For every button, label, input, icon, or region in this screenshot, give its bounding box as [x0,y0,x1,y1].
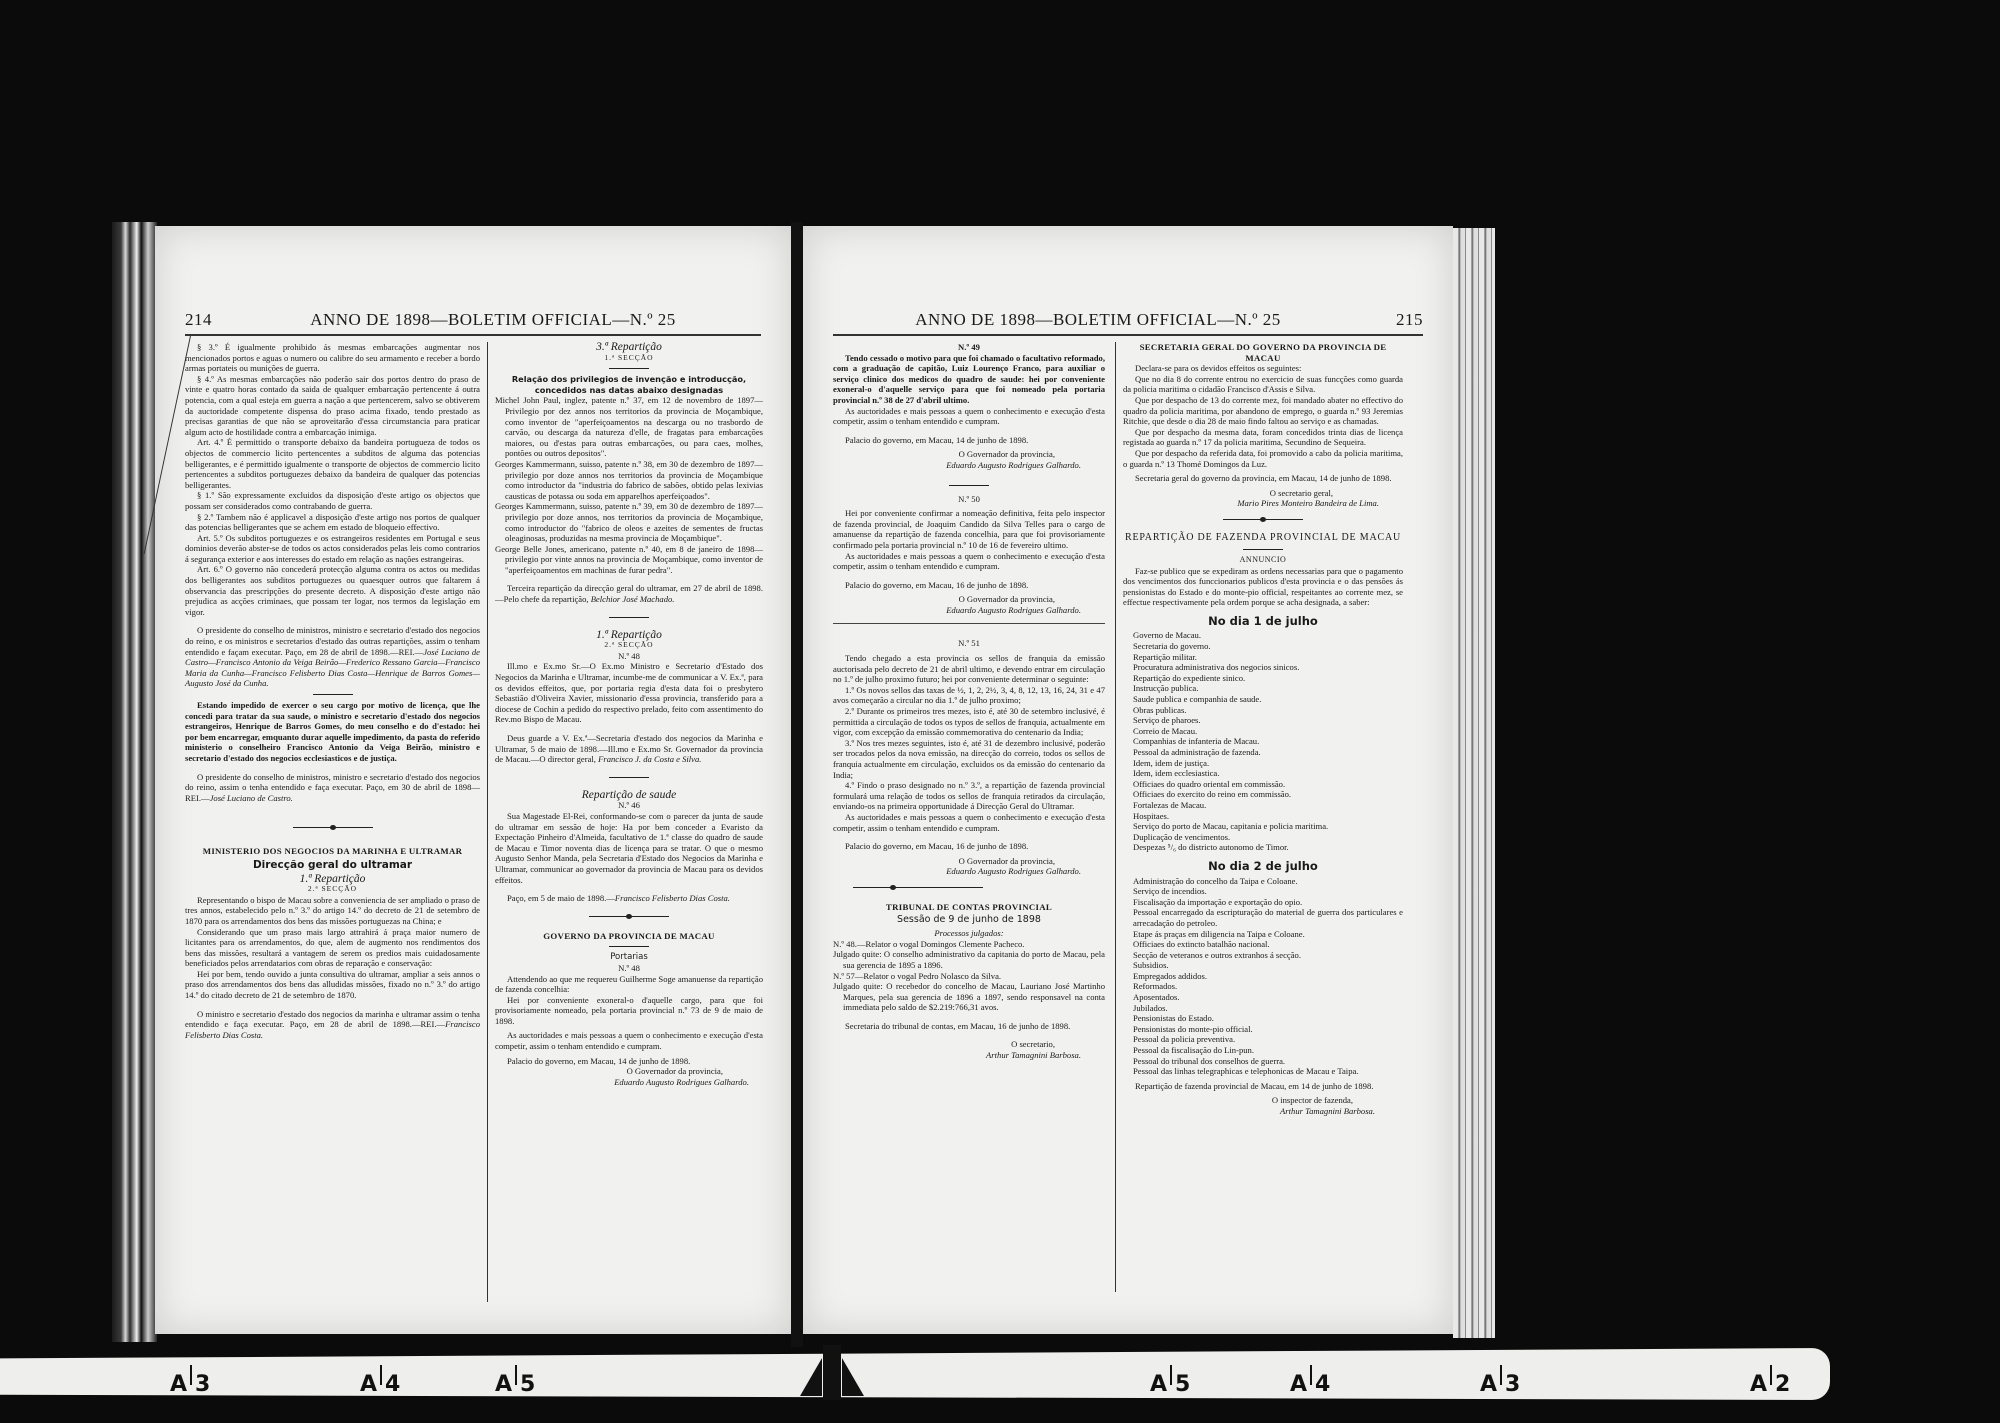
divider [609,946,649,947]
film-notch-left [800,1358,822,1396]
divider [949,485,989,486]
ministry-heading: MINISTERIO DOS NEGOCIOS DA MARINHA E ULT… [185,846,480,857]
privilege-entry: Georges Kammermann, suisso, patente n.º … [495,459,763,501]
privileges-heading: Relação dos privilegios de invenção e in… [495,374,763,395]
left-page: 214 ANNO DE 1898—BOLETIM OFFICIAL—N.º 25… [155,226,791,1334]
signature-role: O inspector de fazenda, [1123,1095,1403,1106]
running-head-left: 214 ANNO DE 1898—BOLETIM OFFICIAL—N.º 25 [185,310,761,332]
list-item: Que por despacho da referida data, foi p… [1123,448,1403,469]
place-date: Secretaria geral do governo da provincia… [1123,473,1403,484]
signature: Arthur Tamagnini Barbosa. [833,1050,1105,1061]
film-frame-marker: A3 [1480,1365,1520,1397]
film-frame-marker: A5 [1150,1365,1190,1397]
list-item: Idem, idem de justiça. [1133,758,1403,769]
fazenda-heading: REPARTIÇÃO DE FAZENDA PROVINCIAL DE MACA… [1123,532,1403,544]
signature: Eduardo Augusto Rodrigues Galhardo. [495,1077,763,1088]
paragraph: Tendo chegado a esta provincia os sellos… [833,653,1105,685]
page-number: 214 [185,310,212,330]
list-item: 1.º Os novos sellos das taxas de ½, 1, 2… [833,685,1105,706]
list-item: Pessoal das linhas telegraphicas e telep… [1133,1066,1403,1077]
list-item: Officiaes do extincto batalhão nacional. [1133,939,1403,950]
number-heading: N.º 51 [833,638,1105,649]
book-binding-left [112,222,157,1342]
paragraph: Hei por conveniente exoneral-o d'aquelle… [495,995,763,1027]
paragraph: Hei por bem, tendo ouvido a junta consul… [185,969,480,1001]
signature: Eduardo Augusto Rodrigues Galhardo. [833,605,1105,616]
running-title: ANNO DE 1898—BOLETIM OFFICIAL—N.º 25 [225,310,761,330]
list-item: Pessoal da fiscalisação do Lin-pun. [1133,1045,1403,1056]
repartition-heading: 1.ª Repartição [185,874,480,885]
column-rule [487,342,488,1302]
signature: Mario Pires Monteiro Bandeira de Lima. [1123,498,1403,509]
number-heading: N.º 49 [833,342,1105,353]
list-item: 2.º Durante os primeiros tres mezes, ist… [833,706,1105,738]
list-item: Correio de Macau. [1133,726,1403,737]
divider [609,368,649,369]
place-date: Palacio do governo, em Macau, 16 de junh… [833,841,1105,852]
list-item: Pessoal do tribunal dos conselhos de gue… [1133,1056,1403,1067]
right-page: ANNO DE 1898—BOLETIM OFFICIAL—N.º 25 215… [803,226,1453,1334]
list-item: Instrucção publica. [1133,683,1403,694]
list-item: Empregados addidos. [1133,971,1403,982]
portarias-heading: Portarias [495,952,763,963]
ornament-divider [853,887,983,888]
list-item: Pessoal da policia preventiva. [1133,1034,1403,1045]
list-item: Serviço do porto de Macau, capitania e p… [1133,821,1403,832]
number-heading: N.º 46 [495,800,763,811]
page-edges-right [1453,228,1495,1338]
paragraph: § 1.º São expressamente excluidos da dis… [185,490,480,511]
header-rule [833,334,1423,336]
signature-role: O secretario, [833,1039,1105,1050]
secretaria-heading: SECRETARIA GERAL DO GOVERNO DA PROVINCIA… [1123,342,1403,363]
ornament-divider [589,916,669,917]
day-heading: No dia 2 de julho [1123,861,1403,872]
government-heading: GOVERNO DA PROVINCIA DE MACAU [495,931,763,942]
direction-heading: Direcção geral do ultramar [185,860,480,871]
paragraph: § 3.º É igualmente prohibido ás mesmas e… [185,342,480,374]
signature-role: O secretario geral, [1123,488,1403,499]
microfilm-strip [0,1348,1830,1400]
right-page-column-2: SECRETARIA GERAL DO GOVERNO DA PROVINCIA… [1123,342,1403,1117]
privilege-entry: Georges Kammermann, suisso, patente n.º … [495,501,763,543]
list-item: Fortalezas de Macau. [1133,800,1403,811]
list-item: Hospitaes. [1133,811,1403,822]
list-item: Que por despacho de 13 do corrente mez, … [1123,395,1403,427]
list-item: Subsidios. [1133,960,1403,971]
list-item: Fiscalisação da importação e exportação … [1133,897,1403,908]
book-gutter [791,222,803,1347]
column-rule [1115,342,1116,1292]
repartition-heading: 3.ª Repartição [495,342,763,353]
closing: Deus guarde a V. Ex.ª—Secretaria d'estad… [495,733,763,765]
list-item: Companhias de infanteria de Macau. [1133,736,1403,747]
divider [1243,549,1283,550]
place-date: Palacio do governo, em Macau, 14 de junh… [495,1056,763,1067]
list-item: Aposentados. [1133,992,1403,1003]
paragraph: Faz-se publico que se expediram as orden… [1123,566,1403,608]
list-item: Secretaria do governo. [1133,641,1403,652]
paragraph: Estando impedido de exercer o seu cargo … [185,700,480,764]
privilege-entry: George Belle Jones, americano, patente n… [495,544,763,576]
day1-list: Governo de Macau.Secretaria do governo.R… [1123,630,1403,852]
list-item: Que no dia 8 do corrente entrou no exerc… [1123,374,1403,395]
list-item: Obras publicas. [1133,705,1403,716]
signature-role: O Governador da provincia, [833,594,1105,605]
running-head-right: ANNO DE 1898—BOLETIM OFFICIAL—N.º 25 215 [833,310,1423,332]
list-item: Procuratura administrativa dos negocios … [1133,662,1403,673]
signature: Eduardo Augusto Rodrigues Galhardo. [833,866,1105,877]
decree-close: O presidente do conselho de ministros, m… [185,772,480,804]
day2-list: Administração do concelho da Taipa e Col… [1123,876,1403,1077]
list-item: Despezas ⁵/₆ do districto autonomo de Ti… [1133,842,1403,853]
ornament-divider [1223,519,1303,520]
paragraph: Declara-se para os devidos effeitos os s… [1123,363,1403,374]
signature-role: O Governador da provincia, [495,1066,763,1077]
number-heading: N.º 50 [833,494,1105,505]
list-item: Governo de Macau. [1133,630,1403,641]
divider [609,777,649,778]
list-item: Repartição do expediente sinico. [1133,673,1403,684]
film-frame-marker: A4 [1290,1365,1330,1397]
list-item: Etape ás praças em diligencia na Taipa e… [1133,929,1403,940]
place-date: Secretaria do tribunal de contas, em Mac… [833,1021,1105,1032]
running-title: ANNO DE 1898—BOLETIM OFFICIAL—N.º 25 [833,310,1363,330]
process-item: N.º 57—Relator o vogal Pedro Nolasco da … [833,971,1105,982]
film-frame-marker: A3 [170,1365,210,1397]
paragraph: As auctoridades e mais pessoas a quem o … [833,406,1105,427]
health-heading: Repartição de saude [495,790,763,801]
paragraph: § 2.º Tambem não é applicavel a disposiç… [185,512,480,533]
list-item: Serviço de incendios. [1133,886,1403,897]
film-notch-right [842,1358,864,1396]
process-item: Julgado quite: O recebedor do concelho d… [833,981,1105,1013]
list-item: Idem, idem ecclesiastica. [1133,768,1403,779]
process-item: N.º 48.—Relator o vogal Domingos Clement… [833,939,1105,950]
paragraph: Representando o bispo de Macau sobre a c… [185,895,480,927]
place-date: Repartição de fazenda provincial de Maca… [1123,1081,1403,1092]
place-date: Palacio do governo, em Macau, 16 de junh… [833,580,1105,591]
paragraph: As auctoridades e mais pessoas a quem o … [495,1030,763,1051]
section-heading: 2.ª SECÇÃO [495,640,763,651]
section-heading: 2.ª SECÇÃO [185,884,480,895]
paragraph: Art. 5.º Os subditos portuguezes e os es… [185,533,480,565]
divider [313,694,353,695]
privilege-entry: Michel John Paul, inglez, patente n.º 37… [495,395,763,459]
list-item: Saude publica e companhia de saude. [1133,694,1403,705]
list-item: 4.º Findo o praso designado no n.º 3.º, … [833,780,1105,812]
list-item: Repartição militar. [1133,652,1403,663]
signature-role: O Governador da provincia, [833,449,1105,460]
list-item: Pessoal encarregado da escripturação do … [1133,907,1403,928]
tribunal-heading: TRIBUNAL DE CONTAS PROVINCIAL [833,902,1105,913]
closing: Paço, em 5 de maio de 1898.—Francisco Fe… [495,893,763,904]
list-item: Pessoal da administração de fazenda. [1133,747,1403,758]
ornament-divider [293,827,373,828]
list-item: Serviço de pharoes. [1133,715,1403,726]
header-rule [185,334,761,336]
divider [833,623,1105,624]
film-frame-marker: A5 [495,1365,535,1397]
signature: Eduardo Augusto Rodrigues Galhardo. [833,460,1105,471]
film-notch [823,1345,841,1400]
processes-heading: Processos julgados: [833,928,1105,939]
paragraph: Art. 4.º É permittido o transporte debai… [185,437,480,490]
decree-close: O ministro e secretario d'estado dos neg… [185,1009,480,1041]
section-heading: 1.ª SECÇÃO [495,353,763,364]
paragraph: Art. 6.º O governo não concederá protecç… [185,564,480,617]
signature: Arthur Tamagnini Barbosa. [1123,1106,1403,1117]
repartition-heading: 1.ª Repartição [495,630,763,641]
list-item: Pensionistas do monte-pio official. [1133,1024,1403,1035]
divider [609,617,649,618]
process-item: Julgado quite: O conselho administrativo… [833,949,1105,970]
place-date: Palacio do governo, em Macau, 14 de junh… [833,435,1105,446]
list-item: Que por despacho da mesma data, foram co… [1123,427,1403,448]
closing: Terceira repartição da direcção geral do… [495,583,763,604]
list-item: Duplicação de vencimentos. [1133,832,1403,843]
paragraph: § 4.º As mesmas embarcações não poderão … [185,374,480,438]
paragraph: As auctoridades e mais pessoas a quem o … [833,551,1105,572]
paragraph: Considerando que um praso mais largo att… [185,927,480,969]
page-number: 215 [1396,310,1423,330]
signature-role: O Governador da provincia, [833,856,1105,867]
list-item: Officiaes do exercito do reino em commis… [1133,789,1403,800]
list-item: Reformados. [1133,981,1403,992]
list-item: Pensionistas do Estado. [1133,1013,1403,1024]
list-item: Officiaes do quadro oriental em commissã… [1133,779,1403,790]
film-frame-marker: A4 [360,1365,400,1397]
left-page-column-1: § 3.º É igualmente prohibido ás mesmas e… [185,342,480,1040]
paragraph: Sua Magestade El-Rei, conformando-se com… [495,811,763,885]
day-heading: No dia 1 de julho [1123,616,1403,627]
number-heading: N.º 48 [495,963,763,974]
film-frame-marker: A2 [1750,1365,1790,1397]
paragraph: Ill.mo e Ex.mo Sr.—O Ex.mo Ministro e Se… [495,661,763,725]
paragraph: As auctoridades e mais pessoas a quem o … [833,812,1105,833]
list-item: Administração do concelho da Taipa e Col… [1133,876,1403,887]
paragraph: Attendendo ao que me requereu Guilherme … [495,974,763,995]
list-item: Secção de veteranos e outros extranhos á… [1133,950,1403,961]
paragraph: Hei por conveniente confirmar a nomeação… [833,508,1105,550]
decree-close: O presidente do conselho de ministros, m… [185,625,480,689]
right-page-column-1: N.º 49 Tendo cessado o motivo para que f… [833,342,1105,1061]
left-page-column-2: 3.ª Repartição 1.ª SECÇÃO Relação dos pr… [495,342,763,1087]
annuncio-heading: ANNUNCIO [1123,555,1403,566]
list-item: 3.º Nos tres mezes seguintes, isto é, at… [833,738,1105,780]
paragraph: Tendo cessado o motivo para que foi cham… [833,353,1105,406]
number-heading: N.º 48 [495,651,763,662]
session-heading: Sessão de 9 de junho de 1898 [833,915,1105,926]
list-item: Jubilados. [1133,1003,1403,1014]
